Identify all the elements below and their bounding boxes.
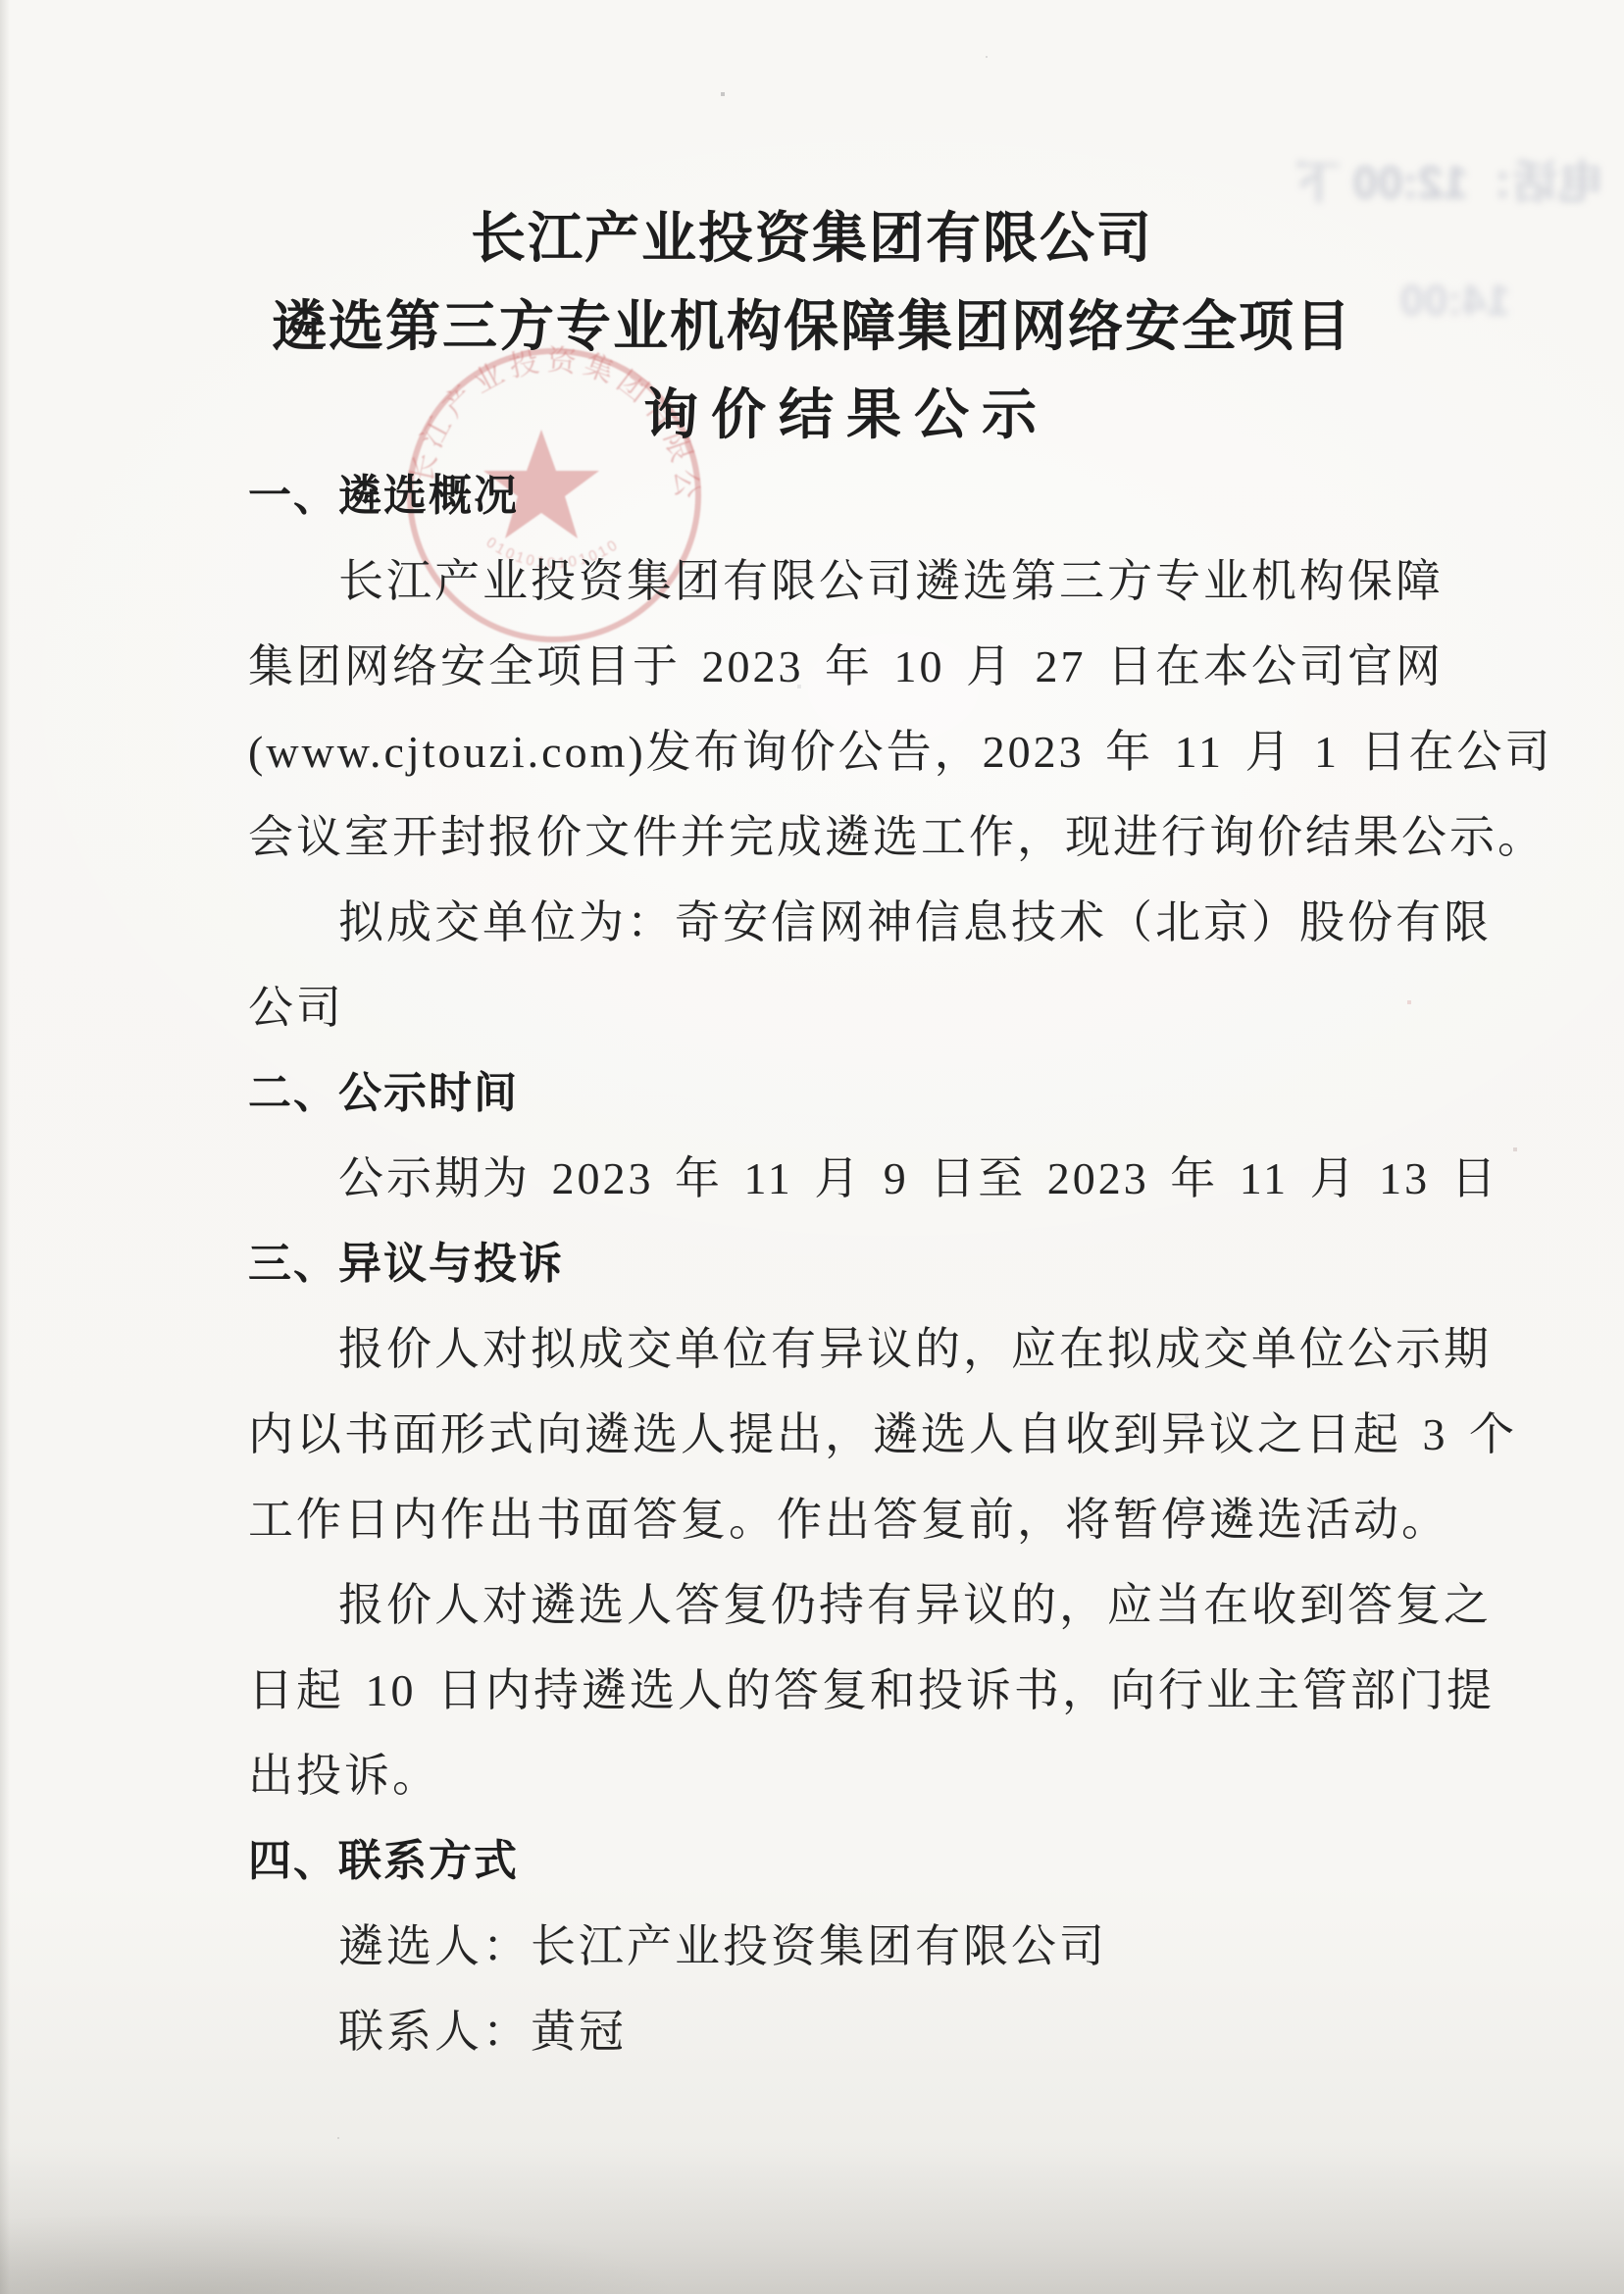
section-heading-1: 一、遴选概况	[248, 453, 1401, 538]
section-heading-2: 二、公示时间	[248, 1050, 1401, 1136]
body-line: 联系人：黄冠	[248, 1989, 1401, 2074]
body-line: 长江产业投资集团有限公司遴选第三方专业机构保障	[248, 538, 1401, 624]
body-line: 工作日内作出书面答复。作出答复前，将暂停遴选活动。	[248, 1477, 1401, 1562]
section-heading-3: 三、异议与投诉	[248, 1221, 1401, 1306]
body-line: 集团网络安全项目于 2023 年 10 月 27 日在本公司官网	[248, 624, 1401, 709]
body-line: 日起 10 日内持遴选人的答复和投诉书，向行业主管部门提	[248, 1648, 1401, 1733]
body-line: 公司	[248, 965, 1401, 1050]
body-line: 遴选人：长江产业投资集团有限公司	[248, 1904, 1401, 1989]
body-line: 内以书面形式向遴选人提出，遴选人自收到异议之日起 3 个	[248, 1392, 1401, 1477]
doc-title-line-1: 长江产业投资集团有限公司	[0, 194, 1624, 282]
scan-bottom-shadow	[0, 2147, 1624, 2294]
section-heading-4: 四、联系方式	[248, 1818, 1401, 1904]
doc-title-line-2: 遴选第三方专业机构保障集团网络安全项目	[0, 282, 1624, 371]
body-line: 会议室开封报价文件并完成遴选工作，现进行询价结果公示。	[248, 794, 1401, 880]
body-line: 拟成交单位为：奇安信网神信息技术（北京）股份有限	[248, 880, 1401, 965]
body-line: 公示期为 2023 年 11 月 9 日至 2023 年 11 月 13 日	[248, 1136, 1401, 1221]
body-line: 报价人对遴选人答复仍持有异议的，应当在收到答复之	[248, 1562, 1401, 1648]
scanned-page: 电话：12:00 下 14:00 长江产业投资集团有限公司 0101010101…	[0, 0, 1624, 2294]
document-title: 长江产业投资集团有限公司 遴选第三方专业机构保障集团网络安全项目 询价结果公示	[0, 194, 1624, 459]
document-body: 一、遴选概况 长江产业投资集团有限公司遴选第三方专业机构保障 集团网络安全项目于…	[248, 453, 1401, 2074]
doc-title-line-3: 询价结果公示	[0, 371, 1624, 459]
body-line: 报价人对拟成交单位有异议的，应在拟成交单位公示期	[248, 1306, 1401, 1392]
body-line: (www.cjtouzi.com)发布询价公告，2023 年 11 月 1 日在…	[248, 709, 1401, 794]
body-line: 出投诉。	[248, 1733, 1401, 1818]
